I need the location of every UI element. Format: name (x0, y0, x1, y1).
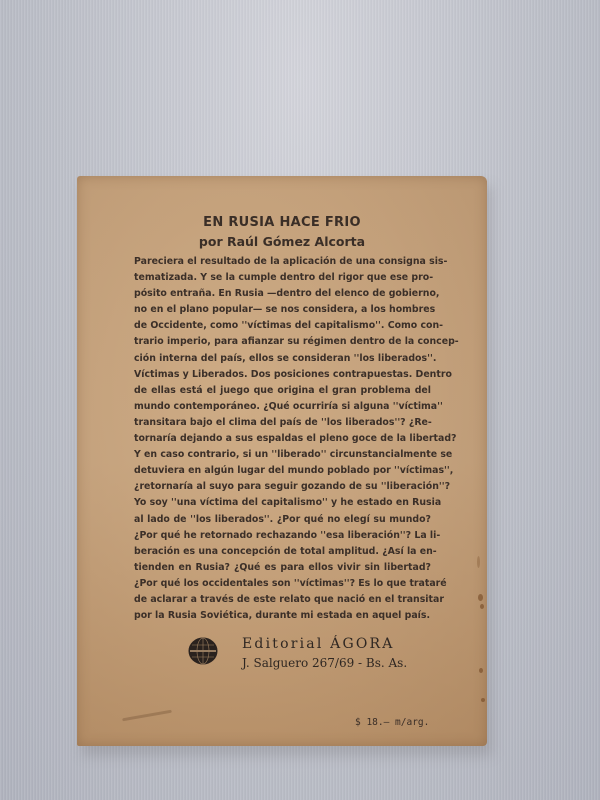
blurb-line: tienden en Rusia? ¿Qué es para ellos viv… (134, 560, 431, 576)
blurb-text: Pareciera el resultado de la aplicación … (134, 254, 431, 624)
book-author: por Raúl Gómez Alcorta (77, 234, 487, 249)
stain (477, 556, 480, 568)
blurb-line: Yo soy ''una víctima del capitalismo'' y… (134, 495, 431, 511)
stain (478, 594, 483, 601)
blurb-line: transitara bajo el clima del país de ''l… (134, 415, 431, 431)
blurb-line: Víctimas y Liberados. Dos posiciones con… (134, 367, 431, 383)
blurb-line: tematizada. Y se la cumple dentro del ri… (134, 270, 431, 286)
blurb-line: Y en caso contrario, si un ''liberado'' … (134, 447, 431, 463)
smudge (122, 710, 172, 722)
publisher-address: J. Salguero 267/69 - Bs. As. (242, 656, 407, 670)
blurb-line: ción interna del país, ellos se consider… (134, 351, 431, 367)
blurb-line: beración es una concepción de total ampl… (134, 544, 431, 560)
blurb-line: de aclarar a través de este relato que n… (134, 592, 431, 608)
publisher-name: Editorial ÁGORA (242, 636, 395, 652)
blurb-line: pósito entraña. En Rusia —dentro del ele… (134, 286, 431, 302)
blurb-line: no en el plano popular— se nos considera… (134, 302, 431, 318)
blurb-line: ¿retornaría al suyo para seguir gozando … (134, 479, 431, 495)
blurb-line: por la Rusia Soviética, durante mi estad… (134, 608, 431, 624)
blurb-line: ¿Por qué he retornado rechazando ''esa l… (134, 528, 431, 544)
globe-logo-icon (188, 637, 218, 665)
stain (481, 698, 485, 702)
blurb-line: de ellas está el juego que origina el gr… (134, 383, 431, 399)
blurb-line: ¿Por qué los occidentales son ''víctimas… (134, 576, 431, 592)
blurb-line: Pareciera el resultado de la aplicación … (134, 254, 431, 270)
blurb-line: de Occidente, como ''víctimas del capita… (134, 318, 431, 334)
blurb-line: al lado de ''los liberados''. ¿Por qué n… (134, 512, 431, 528)
book-back-cover: EN RUSIA HACE FRIO por Raúl Gómez Alcort… (77, 176, 487, 746)
blurb-line: tornaría dejando a sus espaldas el pleno… (134, 431, 431, 447)
blurb-line: trario imperio, para afianzar su régimen… (134, 334, 431, 350)
stain (479, 668, 483, 673)
blurb-line: mundo contemporáneo. ¿Qué ocurriría si a… (134, 399, 431, 415)
price-label: $ 18.— m/arg. (355, 717, 429, 728)
book-title: EN RUSIA HACE FRIO (77, 215, 487, 230)
blurb-line: detuviera en algún lugar del mundo pobla… (134, 463, 431, 479)
publisher-block: Editorial ÁGORA J. Salguero 267/69 - Bs.… (180, 632, 410, 682)
stain (480, 604, 484, 609)
